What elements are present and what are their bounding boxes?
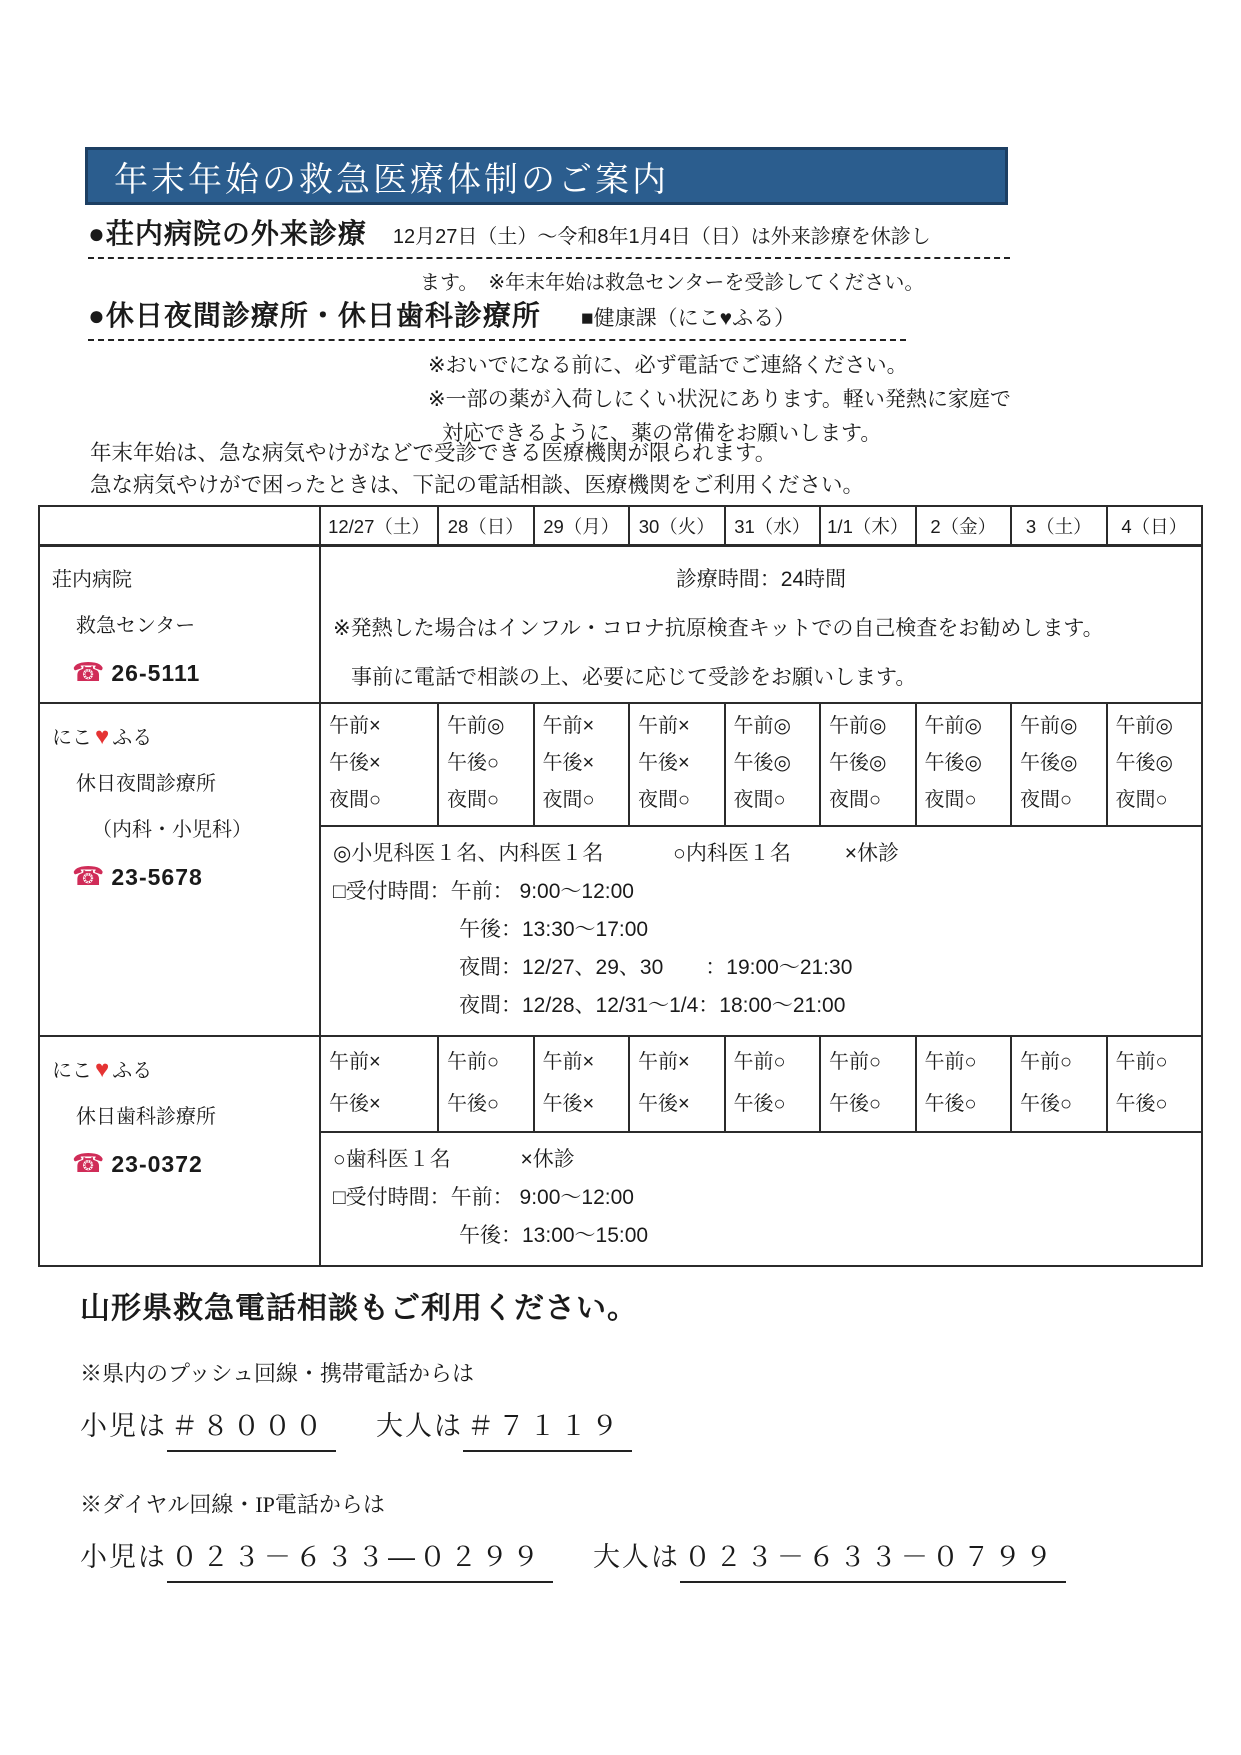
section-outpatient: ●荘内病院の外来診療 12月27日（土）～令和8年1月4日（日）は外来診療を休診… (88, 212, 1010, 295)
holiday-note: ※おいでになる前に、必ず電話でご連絡ください。 (428, 349, 1048, 383)
dental-clinic-schedule-cell: 午前× 午後× 午前○ 午後○ 午前× 午後× 午前× 午後× 午前○ 午後 (321, 1037, 1201, 1265)
slot-line: 夜間○ (1116, 782, 1202, 819)
day-cell: 午前× 午後× (628, 1037, 724, 1131)
day-cell: 午前◎ 午後◎ 夜間○ (1106, 704, 1202, 825)
hospital-info-cell: 診療時間：24時間 ※発熱した場合はインフル・コロナ抗原検査キットでの自己検査を… (321, 547, 1201, 702)
outpatient-heading: ●荘内病院の外来診療 (88, 212, 367, 252)
slot-line: 午前○ (925, 1041, 1011, 1083)
day-cell: 午前× 午後× 夜間○ (321, 704, 437, 825)
hospital-name: 荘内病院 (40, 557, 319, 603)
slot-line: 午後○ (829, 1083, 915, 1125)
outpatient-heading-line: ●荘内病院の外来診療 12月27日（土）～令和8年1月4日（日）は外来診療を休診… (88, 212, 1010, 259)
night-clinic-notes: ◎小児科医１名、内科医１名 ○内科医１名 ×休診 □受付時間：午前： 9:00～… (321, 827, 1201, 1035)
holiday-notes: ※おいでになる前に、必ず電話でご連絡ください。 ※一部の薬が入荷しにくい状況にあ… (428, 349, 1048, 451)
slot-line: 午後◎ (1020, 745, 1106, 782)
slot-line: 午前× (329, 1041, 437, 1083)
holiday-note: ※一部の薬が入荷しにくい状況にあります。軽い発熱に家庭で (428, 383, 1048, 417)
adult-label: 大人は (593, 1535, 680, 1574)
slot-line: 午前× (638, 1041, 724, 1083)
night-day-grid: 午前× 午後× 夜間○ 午前◎ 午後○ 夜間○ 午前× 午後× 夜間○ 午前× … (321, 704, 1201, 827)
day-cell: 午前◎ 午後◎ 夜間○ (819, 704, 915, 825)
reception-line: 夜間：12/28、12/31～1/4：18:00～21:00 (333, 987, 1201, 1025)
day-header: 1/1（木） (819, 507, 915, 544)
reception-line: 午後：13:00～15:00 (333, 1217, 1201, 1255)
slot-line: 午後× (329, 745, 437, 782)
legend-double-circle: ◎小児科医１名、内科医１名 (333, 842, 603, 865)
day-cell: 午前× 午後× 夜間○ (628, 704, 724, 825)
day-cell: 午前× 午後× 夜間○ (533, 704, 629, 825)
legend-circle: ○内科医１名 (673, 842, 791, 865)
slot-line: 午前× (543, 1041, 629, 1083)
legend-closed: ×休診 (845, 842, 899, 865)
day-header: 29（月） (533, 507, 629, 544)
schedule-header-row: 12/27（土） 28（日） 29（月） 30（火） 31（水） 1/1（木） … (40, 507, 1201, 547)
outpatient-note-line2: ます。 ※年末年始は救急センターを受診してください。 (420, 266, 1010, 295)
reception-line: □受付時間：午前： 9:00～12:00 (333, 1179, 1201, 1217)
slot-line: 午後○ (1116, 1083, 1202, 1125)
day-cell: 午前◎ 午後◎ 夜間○ (1010, 704, 1106, 825)
dental-legend: ○歯科医１名 ×休診 (333, 1141, 1201, 1179)
day-cell: 午前○ 午後○ (915, 1037, 1011, 1131)
slot-line: 夜間○ (734, 782, 820, 819)
day-header: 4（日） (1106, 507, 1202, 544)
day-header: 3（土） (1010, 507, 1106, 544)
dental-day-grid: 午前× 午後× 午前○ 午後○ 午前× 午後× 午前× 午後× 午前○ 午後 (321, 1037, 1201, 1133)
night-clinic-line2: 休日夜間診療所 (40, 761, 319, 807)
day-header: 28（日） (437, 507, 533, 544)
schedule-table: 12/27（土） 28（日） 29（月） 30（火） 31（水） 1/1（木） … (38, 505, 1203, 1267)
outpatient-note-line1: 12月27日（土）～令和8年1月4日（日）は外来診療を休診し (393, 220, 931, 249)
day-header: 31（水） (724, 507, 820, 544)
reception-line: □受付時間：午前： 9:00～12:00 (333, 873, 1201, 911)
slot-line: 夜間○ (1020, 782, 1106, 819)
intro-line: 年末年始は、急な病気やけがなどで受診できる医療機関が限られます。 (90, 437, 864, 469)
slot-line: 午前○ (447, 1041, 533, 1083)
slot-line: 午前◎ (447, 708, 533, 745)
slot-line: 午後○ (447, 745, 533, 782)
phone-icon: ☎ (72, 861, 105, 891)
day-header: 12/27（土） (321, 507, 437, 544)
dental-clinic-notes: ○歯科医１名 ×休診 □受付時間：午前： 9:00～12:00 午後：13:00… (321, 1133, 1201, 1265)
slot-line: 午前◎ (925, 708, 1011, 745)
slot-line: 午前○ (1116, 1041, 1202, 1083)
dental-clinic-phone: ☎23-0372 (40, 1140, 319, 1187)
consult-dial-numbers: 小児は０２３－６３３―０２９９ 大人は０２３－６３３－０７９９ (80, 1535, 1066, 1583)
slot-line: 午前◎ (1020, 708, 1106, 745)
page-title: 年末年始の救急医療体制のご案内 (114, 152, 669, 201)
slot-line: 午後◎ (925, 745, 1011, 782)
reception-line: 夜間：12/27、29、30 ：19:00～21:30 (333, 949, 1201, 987)
holiday-heading-line: ●休日夜間診療所・休日歯科診療所 ■健康課（にこ♥ふる） (88, 294, 906, 341)
night-clinic-facility-cell: にこ♥ふる 休日夜間診療所 （内科・小児科） ☎23-5678 (40, 704, 321, 1035)
slot-line: 午後◎ (829, 745, 915, 782)
hospital-phone: ☎26-5111 (40, 649, 319, 696)
slot-line: 午前◎ (1116, 708, 1202, 745)
night-clinic-phone: ☎23-5678 (40, 853, 319, 900)
night-clinic-name: にこ♥ふる (40, 714, 319, 761)
day-cell: 午前◎ 午後◎ 夜間○ (724, 704, 820, 825)
night-clinic-line3: （内科・小児科） (40, 807, 319, 853)
day-cell: 午前○ 午後○ (819, 1037, 915, 1131)
adult-label: 大人は (376, 1404, 463, 1443)
day-cell: 午前○ 午後○ (1010, 1037, 1106, 1131)
hospital-hours: 診療時間：24時間 (321, 555, 1201, 604)
phone-icon: ☎ (72, 657, 105, 687)
night-clinic-schedule-cell: 午前× 午後× 夜間○ 午前◎ 午後○ 夜間○ 午前× 午後× 夜間○ 午前× … (321, 704, 1201, 1035)
consult-dial-note: ※ダイヤル回線・IP電話からは (80, 1488, 1066, 1519)
slot-line: 午後◎ (734, 745, 820, 782)
heart-icon: ♥ (95, 723, 109, 750)
day-cell: 午前◎ 午後○ 夜間○ (437, 704, 533, 825)
day-header: 2（金） (915, 507, 1011, 544)
legend-closed: ×休診 (521, 1148, 575, 1171)
reception-line: 午後：13:30～17:00 (333, 911, 1201, 949)
day-header: 30（火） (628, 507, 724, 544)
slot-line: 午後× (543, 745, 629, 782)
slot-line: 午後× (543, 1083, 629, 1125)
slot-line: 夜間○ (638, 782, 724, 819)
day-cell: 午前○ 午後○ (1106, 1037, 1202, 1131)
slot-line: 午後◎ (1116, 745, 1202, 782)
slot-line: 夜間○ (925, 782, 1011, 819)
phone-icon: ☎ (72, 1148, 105, 1178)
slot-line: 午後○ (1020, 1083, 1106, 1125)
legend-circle: ○歯科医１名 (333, 1148, 451, 1171)
slot-line: 午前× (543, 708, 629, 745)
hospital-phone-number: 26-5111 (111, 660, 200, 686)
slot-line: 午前○ (734, 1041, 820, 1083)
clinic-name-suffix: ふる (112, 1060, 152, 1082)
slot-line: 夜間○ (829, 782, 915, 819)
slot-line: 午後○ (925, 1083, 1011, 1125)
dental-clinic-line2: 休日歯科診療所 (40, 1094, 319, 1140)
slot-line: 午後○ (734, 1083, 820, 1125)
heart-icon: ♥ (95, 1056, 109, 1083)
day-cell: 午前× 午後× (321, 1037, 437, 1131)
day-cell: 午前○ 午後○ (437, 1037, 533, 1131)
consult-push-note: ※県内のプッシュ回線・携帯電話からは (80, 1357, 1066, 1388)
consult-push-numbers: 小児は＃８０００ 大人は＃７１１９ (80, 1404, 1066, 1452)
night-legend: ◎小児科医１名、内科医１名 ○内科医１名 ×休診 (333, 835, 1201, 873)
child-number: ０２３－６３３―０２９９ (167, 1535, 553, 1583)
child-label: 小児は (80, 1535, 167, 1574)
holiday-department: ■健康課（にこ♥ふる） (581, 302, 795, 332)
slot-line: 午前× (638, 708, 724, 745)
night-clinic-phone-number: 23-5678 (111, 864, 202, 890)
adult-number: ＃７１１９ (463, 1404, 632, 1452)
day-cell: 午前○ 午後○ (724, 1037, 820, 1131)
slot-line: 夜間○ (447, 782, 533, 819)
child-label: 小児は (80, 1404, 167, 1443)
slot-line: 夜間○ (329, 782, 437, 819)
holiday-heading: ●休日夜間診療所・休日歯科診療所 (88, 294, 541, 334)
section-phone-consult: 山形県救急電話相談もご利用ください。 ※県内のプッシュ回線・携帯電話からは 小児… (80, 1283, 1066, 1583)
intro-paragraph: 年末年始は、急な病気やけがなどで受診できる医療機関が限られます。 急な病気やけが… (90, 437, 864, 501)
hospital-note: 事前に電話で相談の上、必要に応じて受診をお願いします。 (321, 653, 1201, 702)
consult-heading: 山形県救急電話相談もご利用ください。 (80, 1283, 1066, 1327)
slot-line: 午前◎ (829, 708, 915, 745)
slot-line: 午後× (638, 745, 724, 782)
slot-line: 夜間○ (543, 782, 629, 819)
intro-line: 急な病気やけがで困ったときは、下記の電話相談、医療機関をご利用ください。 (90, 469, 864, 501)
slot-line: 午後○ (447, 1083, 533, 1125)
child-number: ＃８０００ (167, 1404, 336, 1452)
clinic-name-prefix: にこ (52, 727, 92, 749)
slot-line: 午後× (638, 1083, 724, 1125)
night-clinic-row: にこ♥ふる 休日夜間診療所 （内科・小児科） ☎23-5678 午前× 午後× … (40, 704, 1201, 1037)
adult-number: ０２３－６３３－０７９９ (680, 1535, 1066, 1583)
clinic-name-suffix: ふる (112, 727, 152, 749)
hospital-row: 荘内病院 救急センター ☎26-5111 診療時間：24時間 ※発熱した場合はイ… (40, 547, 1201, 704)
slot-line: 午後× (329, 1083, 437, 1125)
hospital-facility-cell: 荘内病院 救急センター ☎26-5111 (40, 547, 321, 702)
day-cell: 午前× 午後× (533, 1037, 629, 1131)
dental-clinic-facility-cell: にこ♥ふる 休日歯科診療所 ☎23-0372 (40, 1037, 321, 1265)
section-holiday-clinics: ●休日夜間診療所・休日歯科診療所 ■健康課（にこ♥ふる） ※おいでになる前に、必… (88, 294, 1048, 451)
dental-clinic-phone-number: 23-0372 (111, 1151, 202, 1177)
hospital-note: ※発熱した場合はインフル・コロナ抗原検査キットでの自己検査をお勧めします。 (321, 604, 1201, 653)
slot-line: 午前○ (1020, 1041, 1106, 1083)
slot-line: 午前× (329, 708, 437, 745)
dental-clinic-name: にこ♥ふる (40, 1047, 319, 1094)
page-title-banner: 年末年始の救急医療体制のご案内 (85, 147, 1008, 205)
slot-line: 午前◎ (734, 708, 820, 745)
dental-clinic-row: にこ♥ふる 休日歯科診療所 ☎23-0372 午前× 午後× 午前○ 午後○ 午… (40, 1037, 1201, 1265)
slot-line: 午前○ (829, 1041, 915, 1083)
day-cell: 午前◎ 午後◎ 夜間○ (915, 704, 1011, 825)
clinic-name-prefix: にこ (52, 1060, 92, 1082)
schedule-corner-cell (40, 507, 321, 544)
hospital-subname: 救急センター (40, 603, 319, 649)
